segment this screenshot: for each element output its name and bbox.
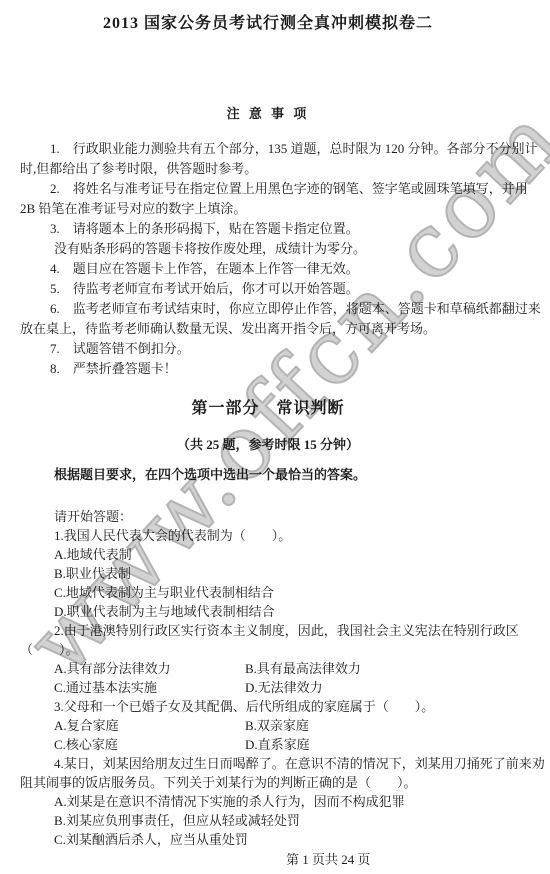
instruction-line: 4. 题目应在答题卡上作答，在题本上作答一律无效。: [20, 259, 516, 279]
instruction-line: 时,但都给出了参考时限，供答题时参考。: [20, 159, 516, 179]
instruction-line: 5. 待监考老师宣布考试开始后，你才可以开始答题。: [20, 279, 516, 299]
instruction-line: 7. 试题答错不倒扣分。: [20, 339, 516, 359]
instruction-line: 放在桌上，待监考老师确认数量无误、发出离开指令后，方可离开考场。: [20, 319, 516, 339]
option-text: C.通过基本法实施: [54, 678, 245, 697]
question-line: 阻其闹事的饭店服务员。下列关于刘某行为的判断正确的是（ ）。: [20, 773, 516, 792]
section-heading: 第一部分 常识判断: [20, 398, 516, 420]
question-line: （ ）。: [20, 640, 516, 659]
question-line: B.职业代表制: [20, 564, 516, 583]
question-line: A.刘某是在意识不清情况下实施的杀人行为，因而不构成犯罪: [20, 792, 516, 811]
option-text: C.核心家庭: [54, 735, 245, 754]
notice-heading: 注 意 事 项: [20, 104, 516, 124]
question-line: C.核心家庭D.直系家庭: [20, 735, 516, 754]
question-line: 请开始答题：: [20, 507, 516, 526]
question-line: 3.父母和一个已婚子女及其配偶、后代所组成的家庭属于（ ）。: [20, 697, 516, 716]
question-line: B.刘某应负刑事责任，但应从轻或减轻处罚: [20, 811, 516, 830]
page-title: 2013 国家公务员考试行测全真冲刺模拟卷二: [20, 13, 516, 34]
instruction-line: 6. 监考老师宣布考试结束时，你应立即停止作答，将题本、答题卡和草稿纸都翻过来: [20, 299, 516, 319]
question-line: 1.我国人民代表大会的代表制为（ ）。: [20, 526, 516, 545]
instruction-line: 3. 请将题本上的条形码揭下，贴在答题卡指定位置。: [20, 219, 516, 239]
page-number: 第 1 页共 24 页: [286, 851, 371, 869]
instruction-line: 2B 铅笔在准考证号对应的数字上填涂。: [20, 199, 516, 219]
question-line: A.具有部分法律效力B.具有最高法律效力: [20, 659, 516, 678]
option-text: B.具有最高法律效力: [245, 661, 361, 676]
option-text: A.具有部分法律效力: [54, 659, 245, 678]
question-line: C.刘某酗酒后杀人，应当从重处罚: [20, 830, 516, 849]
notice-instruction-list: 1. 行政职业能力测验共有五个部分，135 道题，总时限为 120 分钟。各部分…: [20, 139, 516, 379]
instruction-line: 没有贴条形码的答题卡将按作废处理，成绩计为零分。: [20, 239, 516, 259]
option-text: D.直系家庭: [245, 737, 310, 752]
question-line: D.职业代表制为主与地域代表制相结合: [20, 602, 516, 621]
question-line: C.通过基本法实施D.无法律效力: [20, 678, 516, 697]
instruction-line: 8. 严禁折叠答题卡！: [20, 359, 516, 379]
instruction-line: 1. 行政职业能力测验共有五个部分，135 道题，总时限为 120 分钟。各部分…: [20, 139, 516, 159]
option-text: B.双亲家庭: [245, 718, 309, 733]
question-line: 2.由于港澳特别行政区实行资本主义制度，因此，我国社会主义宪法在特别行政区: [20, 621, 516, 640]
option-text: D.无法律效力: [245, 680, 323, 695]
option-text: A.复合家庭: [54, 716, 245, 735]
instruction-line: 2. 将姓名与准考证号在指定位置上用黑色字迹的钢笔、签字笔或圆珠笔填写，并用: [20, 179, 516, 199]
question-line: 4.某日，刘某因给朋友过生日而喝醉了。在意识不清的情况下，刘某用刀捅死了前来劝: [20, 754, 516, 773]
section-directive: 根据题目要求，在四个选项中选出一个最恰当的答案。: [20, 465, 516, 484]
question-line: C.地域代表制为主与职业代表制相结合: [20, 583, 516, 602]
question-line: A.复合家庭B.双亲家庭: [20, 716, 516, 735]
exam-page: 2013 国家公务员考试行测全真冲刺模拟卷二 注 意 事 项 1. 行政职业能力…: [0, 13, 550, 849]
question-area: 请开始答题：1.我国人民代表大会的代表制为（ ）。A.地域代表制B.职业代表制C…: [20, 507, 516, 849]
question-line: A.地域代表制: [20, 545, 516, 564]
section-subheading: （共 25 题，参考时限 15 分钟）: [20, 435, 516, 455]
